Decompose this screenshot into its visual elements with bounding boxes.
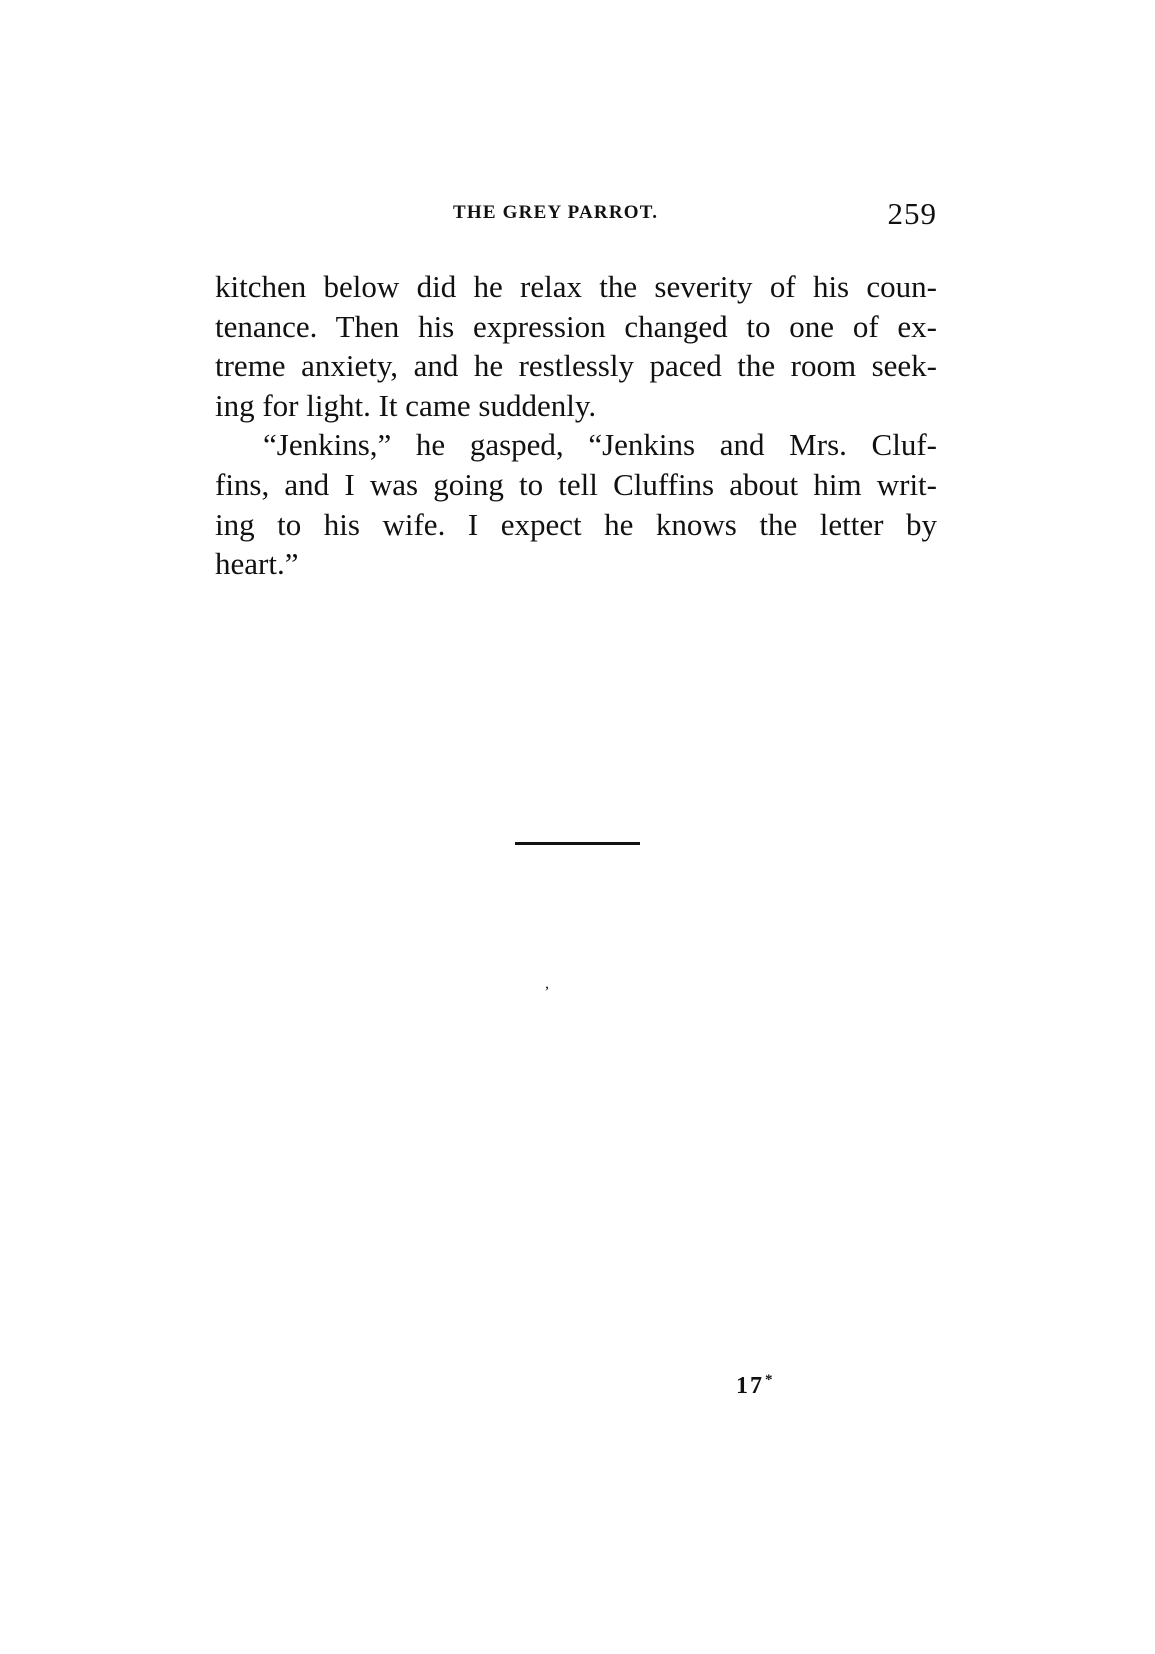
text-line: tenance. Then his expression changed to … [215, 307, 937, 347]
text-line: heart.” [215, 544, 937, 584]
page-number: 259 [888, 196, 938, 232]
running-title: THE GREY PARROT. [453, 202, 658, 224]
text-line: fins, and I was going to tell Cluffins a… [215, 465, 937, 505]
section-end-rule [515, 842, 640, 845]
body-text: kitchen below did he relax the severity … [215, 267, 937, 584]
text-line: ing for light. It came suddenly. [215, 386, 937, 426]
book-page: THE GREY PARROT. 259 kitchen below did h… [0, 0, 1155, 1654]
text-line: ing to his wife. I expect he knows the l… [215, 505, 937, 545]
running-head: THE GREY PARROT. 259 [215, 194, 935, 238]
signature-star: * [765, 1372, 775, 1388]
text-line: kitchen below did he relax the severity … [215, 267, 937, 307]
text-line: treme anxiety, and he restlessly paced t… [215, 346, 937, 386]
stray-ink-mark: , [545, 975, 549, 993]
signature-number: 17 [736, 1373, 764, 1399]
text-line-paragraph-start: “Jenkins,” he gasped, “Jenkins and Mrs. … [215, 425, 937, 465]
printer-signature-mark: 17* [736, 1372, 775, 1400]
